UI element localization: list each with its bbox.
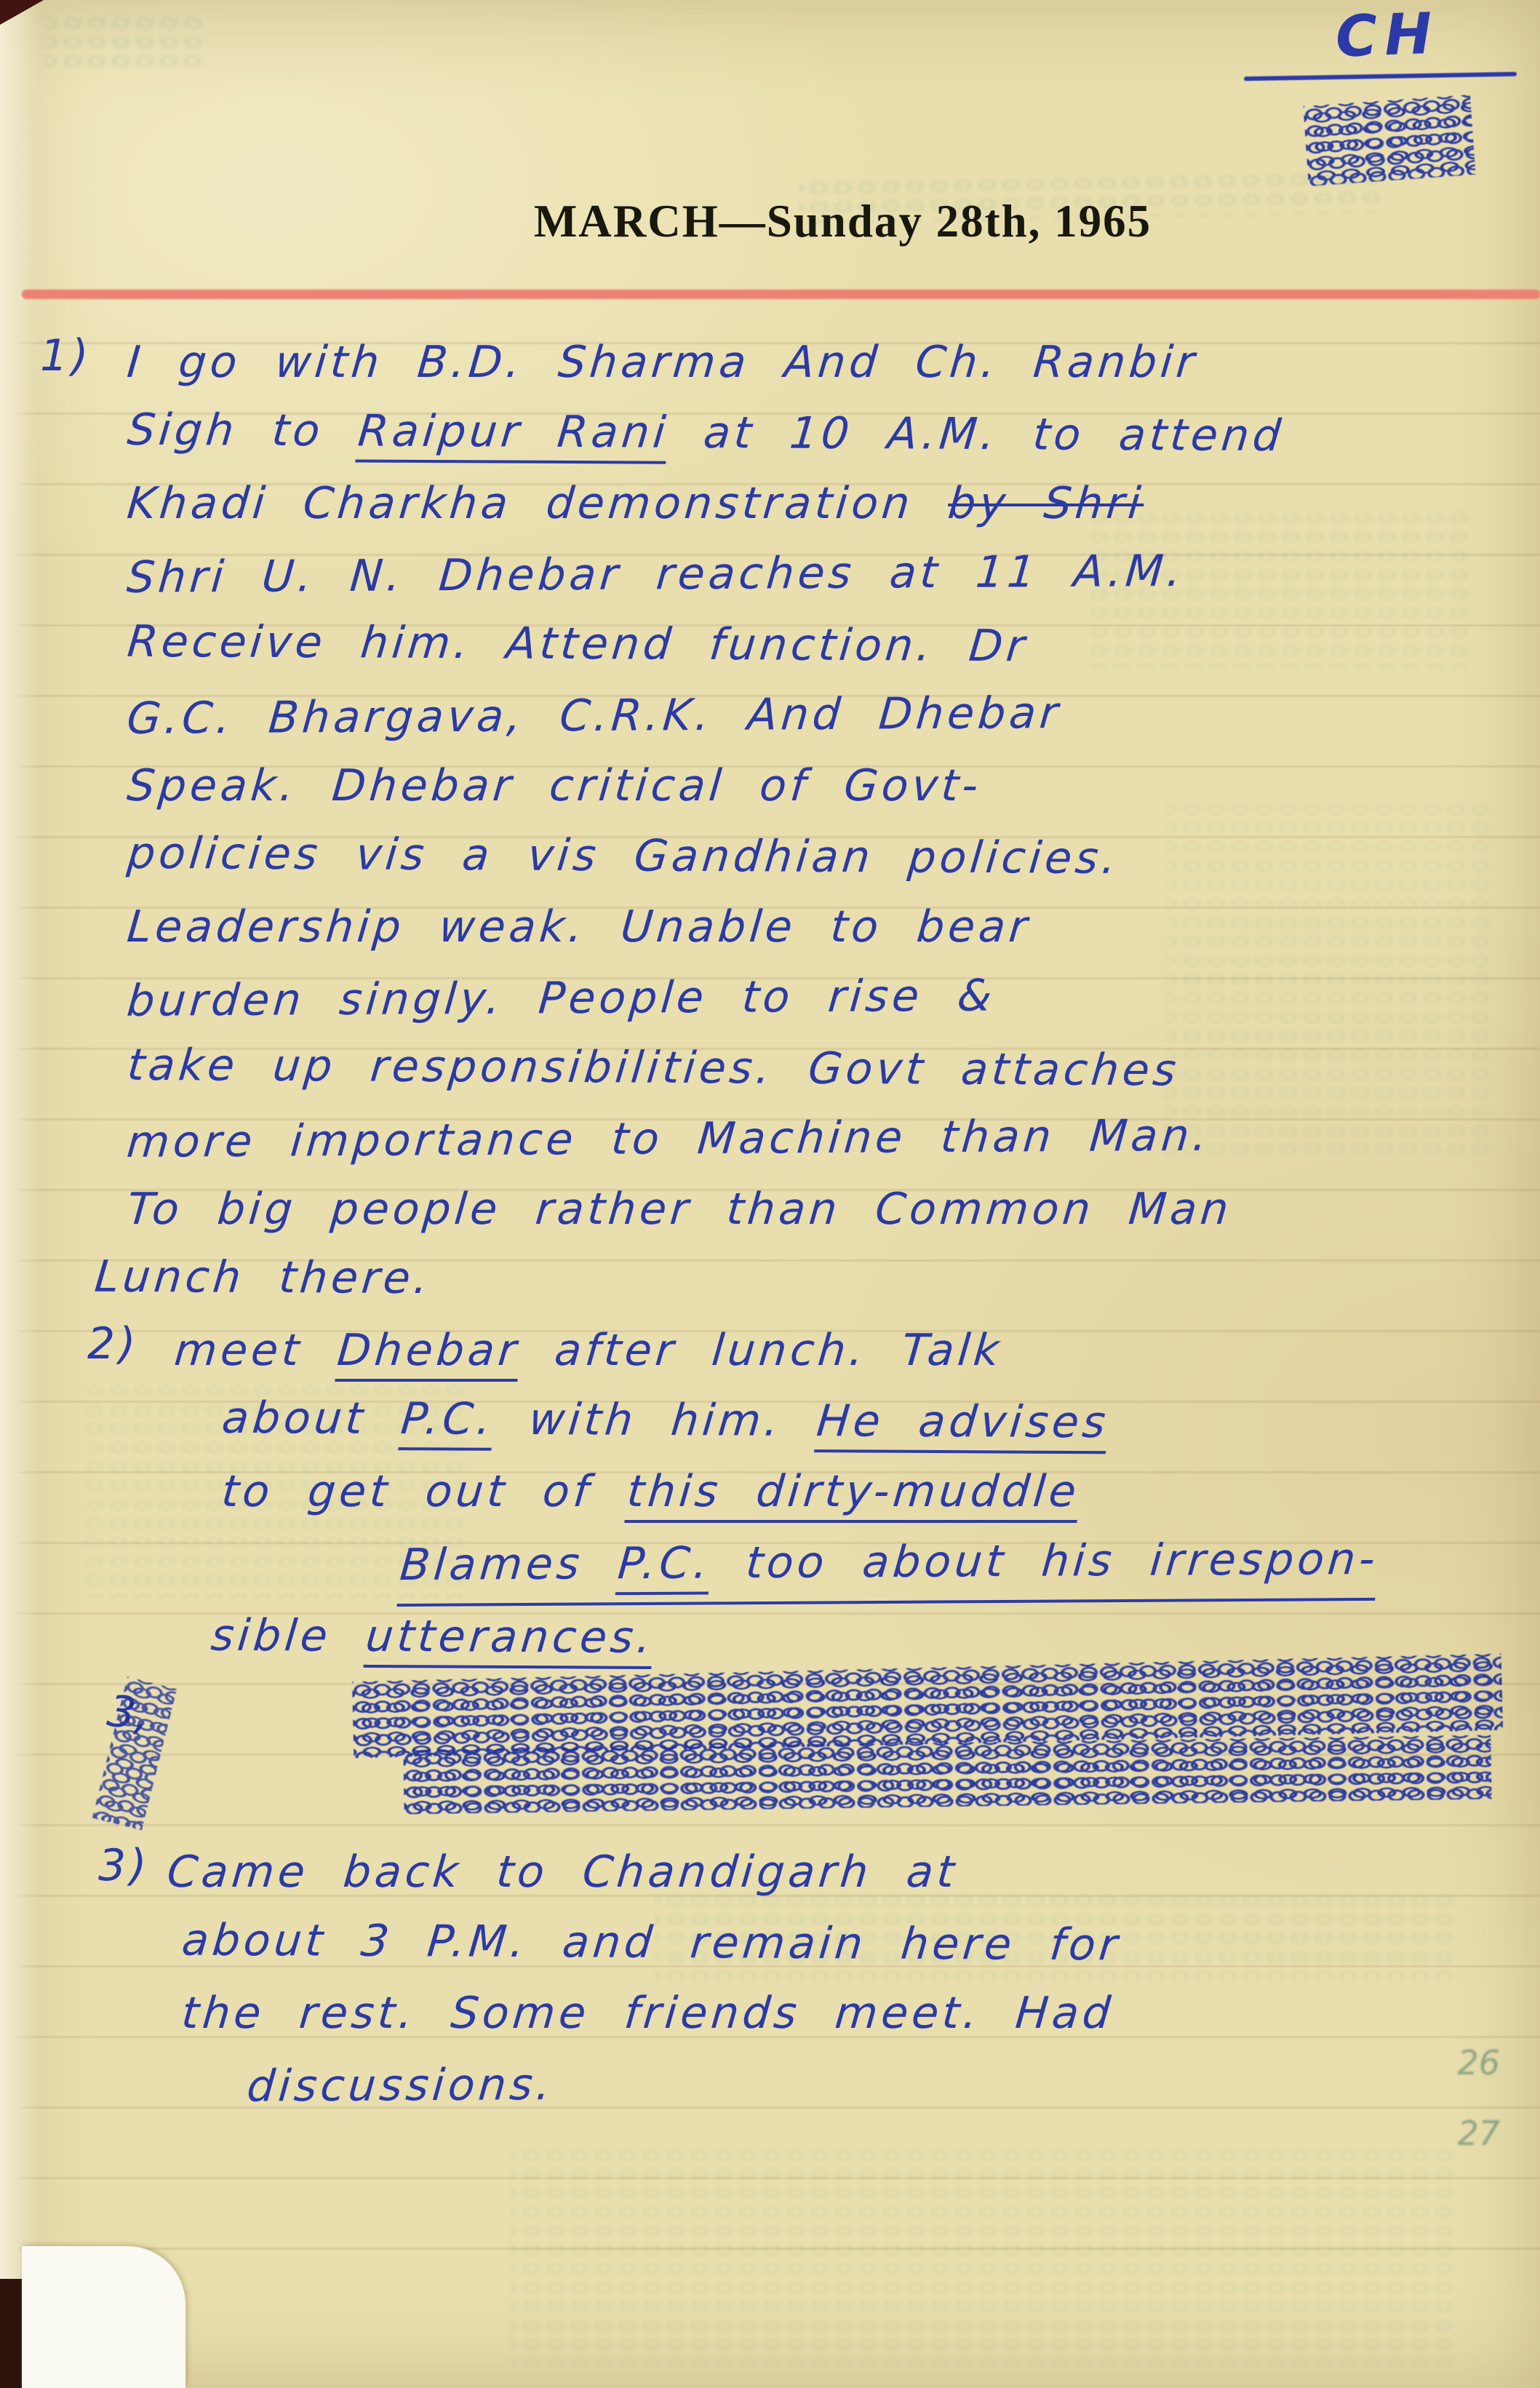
handwritten-line: take up responsibilities. Govt attaches bbox=[124, 1030, 1288, 1107]
handwritten-line: discussions. bbox=[244, 2046, 1124, 2122]
ink-scribble bbox=[1303, 95, 1475, 186]
handwritten-line: Speak. Dhebar critical of Govt- bbox=[124, 751, 1288, 821]
red-rule bbox=[22, 290, 1540, 299]
underlined-word: this dirty-muddle bbox=[624, 1466, 1082, 1523]
handwritten-line: burden singly. People to rise & bbox=[124, 959, 1288, 1037]
handwritten-line: To big people rather than Common Man bbox=[124, 1174, 1288, 1245]
page-title: MARCH—Sunday 28th, 1965 bbox=[0, 195, 1540, 248]
handwritten-line: about 3 P.M. and remain here for bbox=[179, 1906, 1124, 1981]
ghost-number: 26 bbox=[1457, 2043, 1500, 2082]
underlined-word: Dhebar bbox=[335, 1325, 522, 1382]
handwritten-line-underlined: Blames P.C. too about his irrespon- bbox=[396, 1524, 1381, 1607]
handwritten-line: to get out of this dirty-muddle bbox=[219, 1457, 1381, 1527]
diary-page: CH MARCH—Sunday 28th, 1965 1) I go with … bbox=[0, 0, 1540, 2388]
entry-2: 2) meet Dhebar after lunch. Talk about P… bbox=[175, 1316, 1378, 1674]
handwritten-line: Lunch there. bbox=[92, 1242, 1288, 1319]
handwritten-line: G.C. Bhargava, C.R.K. And Dhebar bbox=[124, 677, 1288, 755]
corner-mark-underline bbox=[1244, 72, 1517, 81]
entry-number: 1) bbox=[40, 330, 92, 381]
entry-3: 3) Came back to Chandigarh at about 3 P.… bbox=[167, 1837, 1121, 2120]
handwritten-line: policies vis a vis Gandhian policies. bbox=[124, 819, 1288, 895]
underlined-word: Raipur Rani bbox=[356, 405, 671, 463]
entry-number: 2) bbox=[87, 1318, 140, 1369]
page-corner-cutout bbox=[22, 2246, 185, 2388]
underlined-word: He advises bbox=[814, 1396, 1112, 1454]
handwritten-line: the rest. Some friends meet. Had bbox=[179, 1978, 1124, 2049]
handwritten-line: Came back to Chandigarh at bbox=[164, 1837, 1124, 1908]
ghost-smudge bbox=[509, 2146, 1455, 2365]
handwritten-line: I go with B.D. Sharma And Ch. Ranbir bbox=[124, 327, 1288, 398]
entry-number: 3) bbox=[98, 1840, 151, 1891]
handwritten-line: Khadi Charkha demonstration by Shri bbox=[124, 469, 1288, 539]
underlined-word: utterances. bbox=[363, 1611, 657, 1669]
ghost-smudge bbox=[44, 15, 204, 73]
page-edge bbox=[0, 0, 40, 2388]
ink-scribble bbox=[92, 1677, 177, 1831]
handwritten-line: Shri U. N. Dhebar reaches at 11 A.M. bbox=[124, 536, 1288, 613]
ghost-number: 27 bbox=[1457, 2114, 1500, 2153]
handwritten-line: more importance to Machine than Man. bbox=[124, 1100, 1288, 1178]
handwritten-line: Sigh to Raipur Rani at 10 A.M. to attend bbox=[124, 395, 1288, 471]
handwritten-line: meet Dhebar after lunch. Talk bbox=[172, 1316, 1381, 1386]
struck-word: by Shri bbox=[946, 478, 1146, 529]
corner-mark: CH bbox=[1335, 1, 1441, 71]
handwritten-line: Receive him. Attend function. Dr bbox=[124, 607, 1288, 683]
handwritten-line: Leadership weak. Unable to bear bbox=[124, 892, 1288, 963]
underlined-word: P.C. bbox=[399, 1393, 497, 1451]
underlined-word: P.C. bbox=[615, 1537, 713, 1595]
handwritten-line: about P.C. with him. He advises bbox=[219, 1383, 1381, 1460]
entry-1: 1) I go with B.D. Sharma And Ch. Ranbir … bbox=[127, 327, 1285, 1316]
